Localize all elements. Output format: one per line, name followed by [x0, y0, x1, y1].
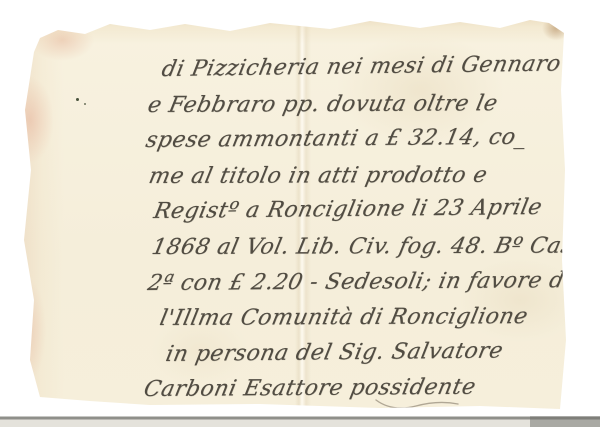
- handwritten-line: 2ª con £ 2.20 - Sedesoli; in favore del: [144, 263, 569, 302]
- ink-speck: [84, 103, 86, 105]
- handwritten-text-block: di Pizzicheria nei mesi di Gennaro e Feb…: [146, 52, 566, 408]
- handwritten-line: di Pizzicheria nei mesi di Gennaro: [158, 46, 569, 87]
- handwritten-line: 1868 al Vol. Lib. Civ. fog. 48. Bº Caso: [148, 229, 569, 266]
- handwritten-line: Registº a Ronciglione li 23 Aprile: [150, 190, 569, 230]
- cutoff-pen-stroke: [372, 394, 462, 412]
- scanner-band-shadow: [530, 415, 600, 427]
- handwritten-line: in persona del Sig. Salvatore: [162, 333, 569, 373]
- handwritten-line: Carboni Esattore possidente: [140, 369, 569, 408]
- scan-background: di Pizzicheria nei mesi di Gennaro e Feb…: [0, 0, 600, 427]
- handwritten-line: spese ammontanti a £ 32.14, co_: [142, 119, 569, 158]
- handwritten-line: e Febbraro pp. dovuta oltre le: [144, 85, 569, 123]
- manuscript-paper: di Pizzicheria nei mesi di Gennaro e Feb…: [0, 0, 600, 427]
- handwritten-line: me al titolo in atti prodotto e: [145, 157, 569, 194]
- ink-speck: [76, 98, 79, 101]
- scanner-lid-edge-band: [0, 415, 600, 427]
- handwritten-line: l'Illma Comunità di Ronciglione: [156, 299, 569, 337]
